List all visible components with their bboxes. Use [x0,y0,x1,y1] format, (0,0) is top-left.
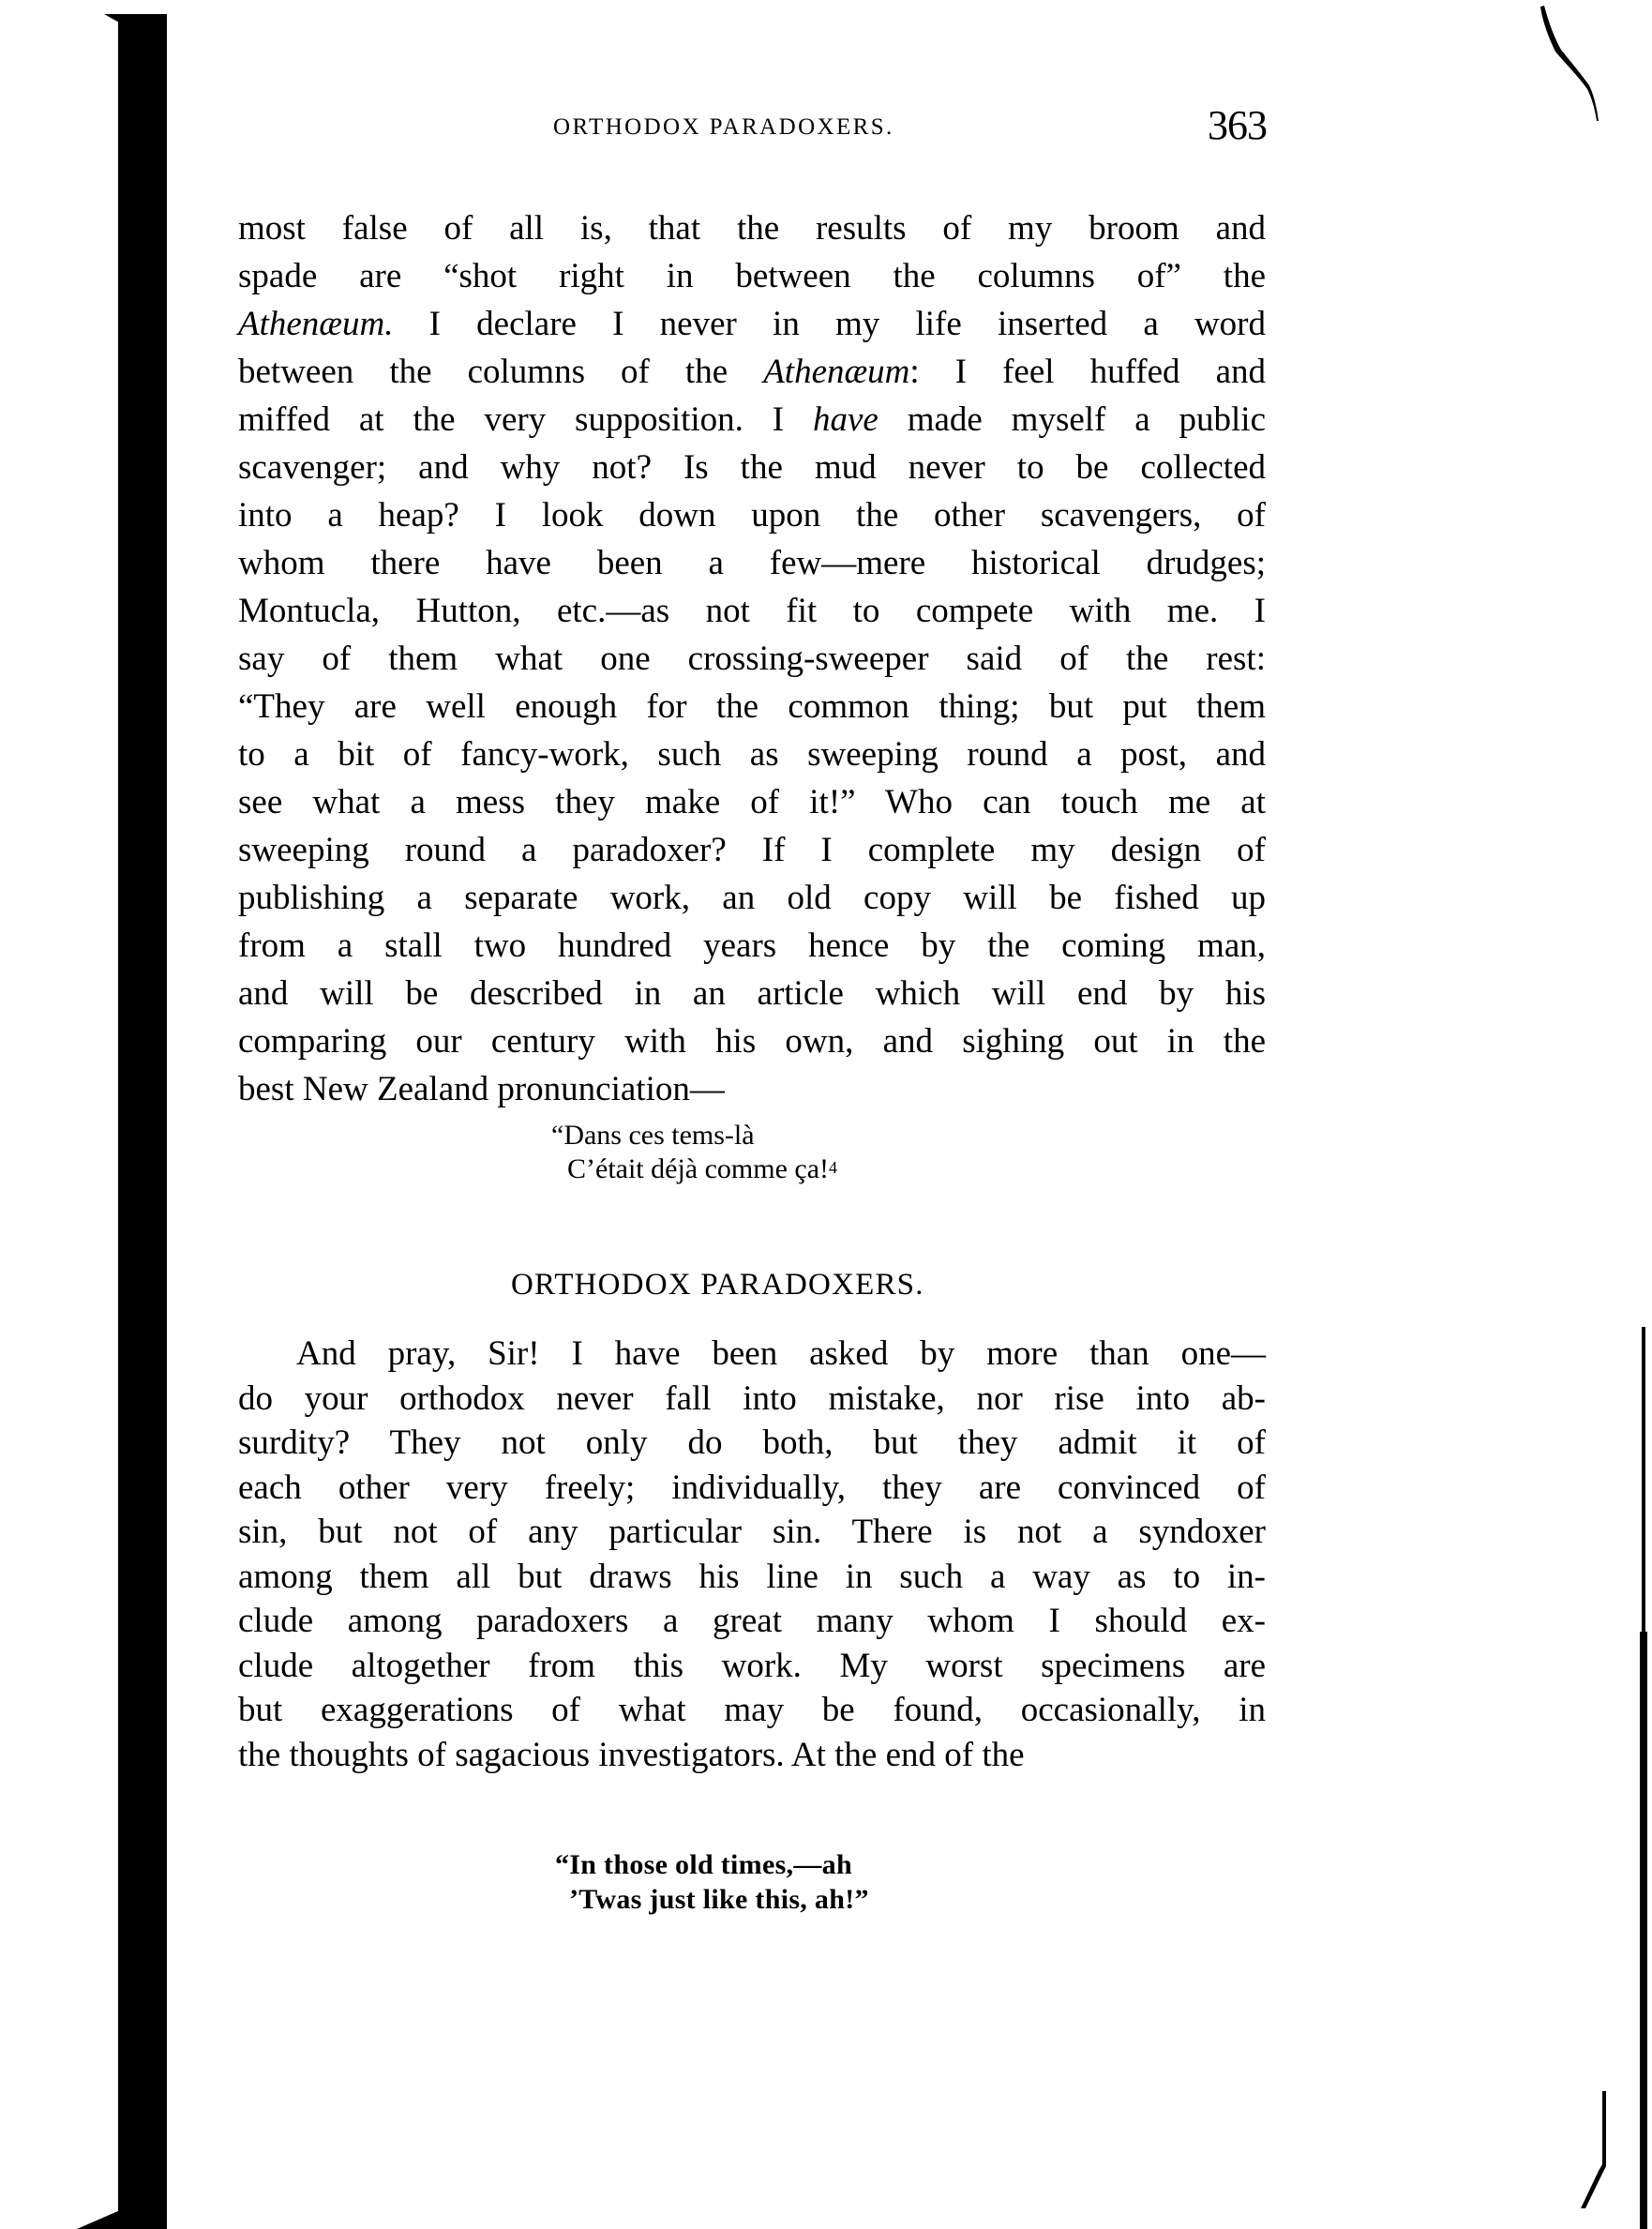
text-line: between the columns of the Athenæum: I f… [238,348,1266,396]
text-run: “They are well enough for the common thi… [238,687,1266,726]
text-line: comparing our century with his own, and … [238,1017,1266,1065]
text-line: Montucla, Hutton, etc.—as not fit to com… [238,587,1266,635]
text-run: best New Zealand pronunciation— [238,1070,725,1108]
text-line: surdity? They not only do both, but they… [238,1421,1266,1466]
scan-mark-top-right [1533,3,1608,125]
body-paragraph-1: most false of all is, that the results o… [238,204,1266,1113]
text-line: “They are well enough for the common thi… [238,683,1266,730]
text-line: the thoughts of sagacious investigators.… [238,1733,1266,1778]
text-run: clude altogether from this work. My wors… [238,1647,1266,1685]
text-run: among them all but draws his line in suc… [238,1558,1266,1596]
text-line: whom there have been a few—mere historic… [238,539,1266,587]
italic-text-run: Athenæum. [238,305,393,343]
binding-edge-top-cap [104,14,121,23]
text-line: among them all but draws his line in suc… [238,1555,1266,1600]
scan-mark-bottom-right [1578,1725,1612,2213]
text-run: clude among paradoxers a great many whom… [238,1602,1266,1640]
text-line: say of them what one crossing-sweeper sa… [238,635,1266,683]
italic-text-run: have [813,400,879,439]
section-heading: ORTHODOX PARADOXERS. [511,1268,1003,1303]
text-run: I declare I never in my life inserted a … [393,305,1266,343]
text-line: each other very freely; individually, th… [238,1466,1266,1511]
text-line: miffed at the very supposition. I have m… [238,396,1266,444]
text-run: but exaggerations of what may be found, … [238,1691,1266,1729]
binding-edge-foot [77,2210,120,2229]
body-paragraph-2: And pray, Sir! I have been asked by more… [238,1332,1266,1777]
text-line: do your orthodox never fall into mistake… [238,1377,1266,1422]
text-line: publishing a separate work, an old copy … [238,874,1266,922]
page-number: 363 [1208,101,1266,149]
text-line: but exaggerations of what may be found, … [238,1688,1266,1733]
text-run: scavenger; and why not? Is the mud never… [238,448,1266,487]
text-line: see what a mess they make of it!” Who ca… [238,778,1266,826]
verse-quotation: “Dans ces tems-là C’était déjà comme ça!… [551,1119,837,1186]
text-run: comparing our century with his own, and … [238,1022,1266,1061]
text-run: between the columns of the [238,353,763,391]
text-run: publishing a separate work, an old copy … [238,879,1266,917]
footnote-reference[interactable]: 4 [829,1158,837,1177]
text-run: and will be described in an article whic… [238,974,1266,1013]
text-run: miffed at the very supposition. I [238,400,813,439]
binding-edge-shadow [118,14,167,2229]
text-line: sweeping round a paradoxer? If I complet… [238,826,1266,874]
text-run: into a heap? I look down upon the other … [238,496,1266,535]
text-run: whom there have been a few—mere historic… [238,544,1266,582]
text-line: spade are “shot right in between the col… [238,252,1266,300]
text-line: clude altogether from this work. My wors… [238,1644,1266,1689]
text-line: and will be described in an article whic… [238,970,1266,1017]
text-run: sweeping round a paradoxer? If I complet… [238,831,1266,869]
text-line: And pray, Sir! I have been asked by more… [238,1332,1266,1377]
footnote-line-2: ’Twas just like this, ah!” [555,1882,869,1917]
text-run: surdity? They not only do both, but they… [238,1423,1266,1462]
running-head: ORTHODOX PARADOXERS. [553,114,952,141]
text-line: best New Zealand pronunciation— [238,1065,1266,1113]
text-line: clude among paradoxers a great many whom… [238,1599,1266,1644]
text-line: scavenger; and why not? Is the mud never… [238,444,1266,491]
text-run: from a stall two hundred years hence by … [238,926,1266,965]
text-run: most false of all is, that the results o… [238,209,1266,248]
text-line: from a stall two hundred years hence by … [238,922,1266,970]
text-run: : I feel huffed and [909,353,1266,391]
text-line: to a bit of fancy-work, such as sweeping… [238,730,1266,778]
verse-line-2: C’était déjà comme ça!4 [551,1152,837,1186]
text-run: to a bit of fancy-work, such as sweeping… [238,735,1266,774]
footnote-line-1: “In those old times,—ah [555,1847,869,1882]
text-run: each other very freely; individually, th… [238,1468,1266,1507]
text-line: Athenæum. I declare I never in my life i… [238,300,1266,348]
text-run: Montucla, Hutton, etc.—as not fit to com… [238,592,1266,630]
page-edge-right-shadow [1640,1632,1647,2229]
text-run: see what a mess they make of it!” Who ca… [238,783,1266,821]
text-line: most false of all is, that the results o… [238,204,1266,252]
italic-text-run: Athenæum [763,353,909,391]
text-line: sin, but not of any particular sin. Ther… [238,1510,1266,1555]
text-run: And pray, Sir! I have been asked by more… [296,1334,1266,1373]
text-run: sin, but not of any particular sin. Ther… [238,1513,1266,1551]
verse-line-2-text: C’était déjà comme ça! [567,1153,829,1184]
verse-line-1: “Dans ces tems-là [551,1119,837,1152]
text-run: do your orthodox never fall into mistake… [238,1379,1266,1418]
text-run: the thoughts of sagacious investigators.… [238,1736,1025,1774]
text-run: say of them what one crossing-sweeper sa… [238,640,1266,678]
text-run: made myself a public [879,400,1266,439]
footnote-translation: “In those old times,—ah ’Twas just like … [555,1847,869,1917]
text-line: into a heap? I look down upon the other … [238,491,1266,539]
text-run: spade are “shot right in between the col… [238,257,1266,295]
